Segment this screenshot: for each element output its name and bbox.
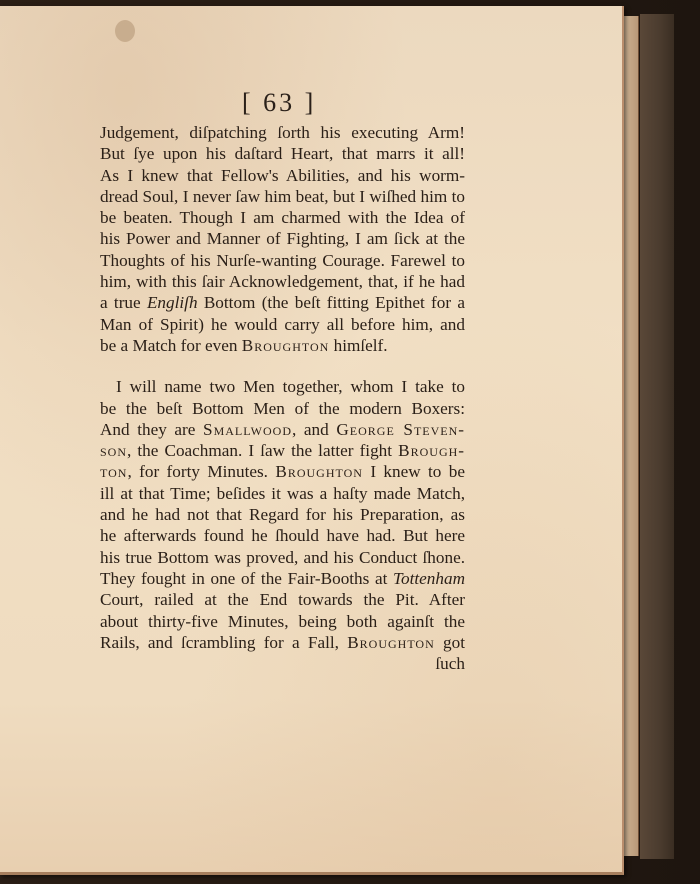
text-line: his Power and Manner of Fighting, I am ſ… xyxy=(100,228,465,249)
text-run: got xyxy=(435,633,465,652)
small-caps-name: Broughton xyxy=(275,462,363,481)
text-line: his true Bottom was proved, and his Cond… xyxy=(100,547,465,568)
small-caps-name: Brough- xyxy=(398,441,465,460)
text-line: Thoughts of his Nurſe-wanting Courage. F… xyxy=(100,250,465,271)
text-run: Bottom (the beſt fitting Epithet for a xyxy=(198,293,465,312)
text-line: dread Soul, I never ſaw him beat, but I … xyxy=(100,186,465,207)
italic-word: Tottenham xyxy=(393,569,465,588)
small-caps-name: Smallwood xyxy=(203,420,292,439)
paragraph-gap xyxy=(100,356,465,376)
book-cover-edge xyxy=(640,14,674,859)
text-line: Man of Spirit) he would carry all before… xyxy=(100,314,465,335)
text-run: And they are xyxy=(100,420,203,439)
text-run: Rails, and ſcrambling for a Fall, xyxy=(100,633,347,652)
paper-stain xyxy=(115,20,135,42)
small-caps-name: son xyxy=(100,441,127,460)
text-line: be the beſt Bottom Men of the modern Box… xyxy=(100,398,465,419)
small-caps-name: ton xyxy=(100,462,127,481)
italic-word: Engliſh xyxy=(147,293,198,312)
text-run: a true xyxy=(100,293,147,312)
paragraph-2: I will name two Men together, whom I tak… xyxy=(100,376,465,674)
text-line: But ſye upon his daſtard Heart, that mar… xyxy=(100,143,465,164)
page-number: [ 63 ] xyxy=(242,88,316,118)
text-run: , and xyxy=(292,420,336,439)
text-line: he afterwards found he ſhould have had. … xyxy=(100,525,465,546)
text-run: , for forty Minutes. xyxy=(127,462,275,481)
paragraph-1: Judgement, diſpatching ſorth his executi… xyxy=(100,122,465,356)
text-run: , the Coachman. I ſaw the latter fight xyxy=(127,441,398,460)
text-line: be a Match for even Broughton himſelf. xyxy=(100,335,465,356)
text-line: And they are Smallwood, and George Steve… xyxy=(100,419,465,440)
text-line: Judgement, diſpatching ſorth his executi… xyxy=(100,122,465,143)
text-line: I will name two Men together, whom I tak… xyxy=(100,376,465,397)
book-page: [ 63 ] Judgement, diſpatching ſorth his … xyxy=(0,6,624,875)
text-line: him, with this ſair Acknowledgement, tha… xyxy=(100,271,465,292)
body-text: Judgement, diſpatching ſorth his executi… xyxy=(100,122,465,674)
text-line: ill at that Time; beſides it was a haſty… xyxy=(100,483,465,504)
text-line: be beaten. Though I am charmed with the … xyxy=(100,207,465,228)
text-run: be a Match for even xyxy=(100,336,242,355)
small-caps-name: Broughton xyxy=(242,336,330,355)
small-caps-name: Broughton xyxy=(347,633,435,652)
text-run: They fought in one of the Fair-Booths at xyxy=(100,569,393,588)
text-line: Rails, and ſcrambling for a Fall, Brough… xyxy=(100,632,465,653)
text-line: Court, railed at the End towards the Pit… xyxy=(100,589,465,610)
small-caps-name: George Steven- xyxy=(336,420,465,439)
text-line: As I knew that Fellow's Abilities, and h… xyxy=(100,165,465,186)
text-line: a true Engliſh Bottom (the beſt fitting … xyxy=(100,292,465,313)
text-line: son, the Coachman. I ſaw the latter figh… xyxy=(100,440,465,461)
text-line: and he had not that Regard for his Prepa… xyxy=(100,504,465,525)
text-run: himſelf. xyxy=(329,336,387,355)
text-line: about thirty-five Minutes, being both ag… xyxy=(100,611,465,632)
catchword: ſuch xyxy=(100,653,465,674)
text-line: ton, for forty Minutes. Broughton I knew… xyxy=(100,461,465,482)
text-run: I knew to be xyxy=(363,462,465,481)
text-line: They fought in one of the Fair-Booths at… xyxy=(100,568,465,589)
